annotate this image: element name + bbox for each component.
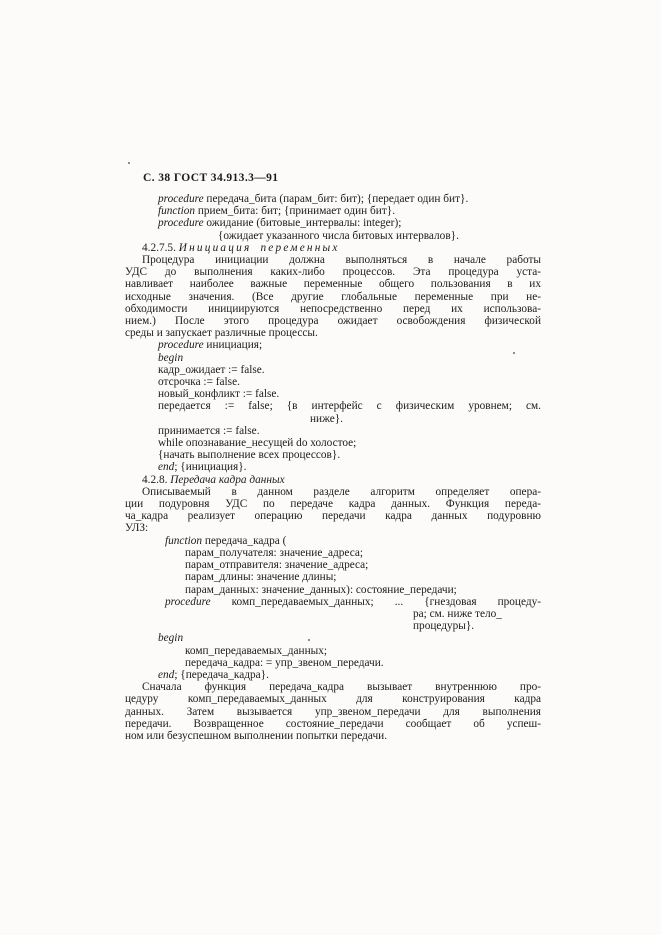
doc-line: procedure передача_бита (парам_бит: бит)… <box>125 193 541 205</box>
doc-text-segment: Передача кадра данных <box>170 474 284 486</box>
text-block: procedure передача_бита (парам_бит: бит)… <box>125 193 541 742</box>
doc-line: данных. Затем вызывается упр_звеном_пере… <box>125 706 541 718</box>
doc-line: 4.2.7.5. Инициация переменных <box>125 242 541 254</box>
doc-text-segment: парам_отправителя: значение_адреса; <box>185 559 368 571</box>
doc-text-segment: Сначала функция передача_кадра вызывает … <box>142 681 541 693</box>
doc-text-segment: ра; см. ниже тело_ <box>413 608 502 620</box>
doc-line: УЛЗ: <box>125 522 541 534</box>
doc-line: Сначала функция передача_кадра вызывает … <box>125 681 541 693</box>
doc-line: обходимости инициируются непосредственно… <box>125 303 541 315</box>
doc-line: begin <box>125 632 541 644</box>
doc-text-segment: {начать выполнение всех процессов}. <box>158 449 340 461</box>
doc-text-segment: ниже}. <box>310 413 343 425</box>
doc-text-segment: парам_длины: значение длины; <box>185 571 336 583</box>
doc-text-segment: Инициация переменных <box>179 242 340 254</box>
doc-text-segment: 4.2.8. <box>142 474 170 486</box>
doc-line: кадр_ожидает := false. <box>125 364 541 376</box>
doc-line: procedure инициация; <box>125 339 541 351</box>
doc-line: новый_конфликт := false. <box>125 388 541 400</box>
doc-text-segment: данных. Затем вызывается упр_звеном_пере… <box>125 706 541 718</box>
doc-line: 4.2.8. Передача кадра данных <box>125 474 541 486</box>
doc-line: ном или безуспешном выполнении попытки п… <box>125 730 541 742</box>
doc-text-segment: ожидание (битовые_интервалы: integer); <box>204 217 402 229</box>
ink-speck <box>308 639 310 641</box>
doc-text-segment: ; {инициация}. <box>174 461 246 473</box>
doc-line: procedure ожидание (битовые_интервалы: i… <box>125 217 541 229</box>
doc-line: навливает наиболее важные переменные общ… <box>125 278 541 290</box>
doc-line: принимается := false. <box>125 425 541 437</box>
doc-text-segment: end <box>158 461 174 473</box>
doc-line: {ожидает указанного числа битовых интерв… <box>125 230 541 242</box>
doc-line: end; {инициация}. <box>125 461 541 473</box>
doc-text-segment: цедуру комп_передаваемых_данных для конс… <box>125 693 541 705</box>
document-page: С. 38 ГОСТ 34.913.3—91 procedure передач… <box>0 0 661 935</box>
doc-text-segment: исходные значения. (Все другие глобальны… <box>125 291 541 303</box>
doc-line: function прием_бита: бит; {принимает оди… <box>125 205 541 217</box>
doc-line: begin <box>125 352 541 364</box>
doc-text-segment: procedure <box>158 193 204 205</box>
doc-line: передается := false; {в интерфейс с физи… <box>125 400 541 412</box>
doc-line: {начать выполнение всех процессов}. <box>125 449 541 461</box>
doc-text-segment: begin <box>158 632 183 644</box>
doc-text-segment: передача_кадра: = упр_звеном_передачи. <box>185 657 384 669</box>
doc-line: цедуру комп_передаваемых_данных для конс… <box>125 693 541 705</box>
doc-line: ниже}. <box>125 413 541 425</box>
doc-line: УДС до выполнения каких-либо процессов. … <box>125 266 541 278</box>
doc-line: Процедура инициации должна выполняться в… <box>125 254 541 266</box>
doc-text-segment: function <box>165 535 202 547</box>
doc-text-segment: ча_кадра реализует операцию передачи кад… <box>125 510 541 522</box>
doc-line: ции подуровня УДС по передаче кадра данн… <box>125 498 541 510</box>
doc-line: исходные значения. (Все другие глобальны… <box>125 291 541 303</box>
doc-line: end; {передача_кадра}. <box>125 669 541 681</box>
doc-text-segment: ном или безуспешном выполнении попытки п… <box>125 730 387 742</box>
doc-text-segment: 4.2.7.5. <box>142 242 179 254</box>
doc-line: передача_кадра: = упр_звеном_передачи. <box>125 657 541 669</box>
doc-text-segment: begin <box>158 352 183 364</box>
doc-text-segment: принимается := false. <box>158 425 260 437</box>
doc-text-segment: УЛЗ: <box>125 522 148 534</box>
doc-line: среды и запускает различные процессы. <box>125 327 541 339</box>
doc-text-segment: парам_получателя: значение_адреса; <box>185 547 363 559</box>
doc-text-segment: прием_бита: бит; {принимает один бит}. <box>195 205 395 217</box>
doc-text-segment: комп_передаваемых_данных; ... {гнездовая… <box>211 596 541 608</box>
doc-text-segment: {ожидает указанного числа битовых интерв… <box>218 230 459 242</box>
doc-line: парам_длины: значение длины; <box>125 571 541 583</box>
doc-text-segment: комп_передаваемых_данных; <box>185 645 327 657</box>
doc-text-segment: УДС до выполнения каких-либо процессов. … <box>125 266 541 278</box>
doc-text-segment: нием.) После этого процедура ожидает осв… <box>125 315 541 327</box>
doc-line: ра; см. ниже тело_ <box>125 608 541 620</box>
doc-line: парам_данных: значение_данных): состояни… <box>125 584 541 596</box>
doc-line: парам_получателя: значение_адреса; <box>125 547 541 559</box>
doc-line: парам_отправителя: значение_адреса; <box>125 559 541 571</box>
doc-text-segment: обходимости инициируются непосредственно… <box>125 303 541 315</box>
doc-text-segment: отсрочка := false. <box>158 376 240 388</box>
doc-text-segment: новый_конфликт := false. <box>158 388 279 400</box>
doc-text-segment: procedure <box>158 217 204 229</box>
doc-text-segment: процедуры}. <box>413 620 474 632</box>
doc-text-segment: end <box>158 669 174 681</box>
doc-line: процедуры}. <box>125 620 541 632</box>
doc-text-segment: procedure <box>158 339 204 351</box>
doc-text-segment: инициация; <box>204 339 263 351</box>
doc-line: procedure комп_передаваемых_данных; ... … <box>125 596 541 608</box>
doc-text-segment: передачи. Возвращенное состояние_передач… <box>125 718 541 730</box>
doc-line: передачи. Возвращенное состояние_передач… <box>125 718 541 730</box>
doc-text-segment: передается := false; {в интерфейс с физи… <box>158 400 541 412</box>
doc-text-segment: парам_данных: значение_данных): состояни… <box>185 584 457 596</box>
doc-text-segment: function <box>158 205 195 217</box>
doc-text-segment: ции подуровня УДС по передаче кадра данн… <box>125 498 541 510</box>
ink-speck <box>128 162 130 164</box>
doc-text-segment: навливает наиболее важные переменные общ… <box>125 278 541 290</box>
doc-text-segment: Процедура инициации должна выполняться в… <box>142 254 541 266</box>
doc-line: отсрочка := false. <box>125 376 541 388</box>
ink-speck <box>513 352 515 354</box>
doc-line: ча_кадра реализует операцию передачи кад… <box>125 510 541 522</box>
doc-text-segment: procedure <box>165 596 211 608</box>
doc-line: function передача_кадра ( <box>125 535 541 547</box>
doc-text-segment: while опознавание_несущей do холостое; <box>158 437 356 449</box>
page-header: С. 38 ГОСТ 34.913.3—91 <box>143 172 278 184</box>
doc-text-segment: передача_бита (парам_бит: бит); {передае… <box>204 193 469 205</box>
doc-line: while опознавание_несущей do холостое; <box>125 437 541 449</box>
doc-text-segment: передача_кадра ( <box>202 535 286 547</box>
doc-line: комп_передаваемых_данных; <box>125 645 541 657</box>
doc-text-segment: ; {передача_кадра}. <box>174 669 269 681</box>
doc-text-segment: кадр_ожидает := false. <box>158 364 265 376</box>
doc-line: нием.) После этого процедура ожидает осв… <box>125 315 541 327</box>
doc-text-segment: среды и запускает различные процессы. <box>125 327 318 339</box>
doc-text-segment: Описываемый в данном разделе алгоритм оп… <box>142 486 541 498</box>
doc-line: Описываемый в данном разделе алгоритм оп… <box>125 486 541 498</box>
